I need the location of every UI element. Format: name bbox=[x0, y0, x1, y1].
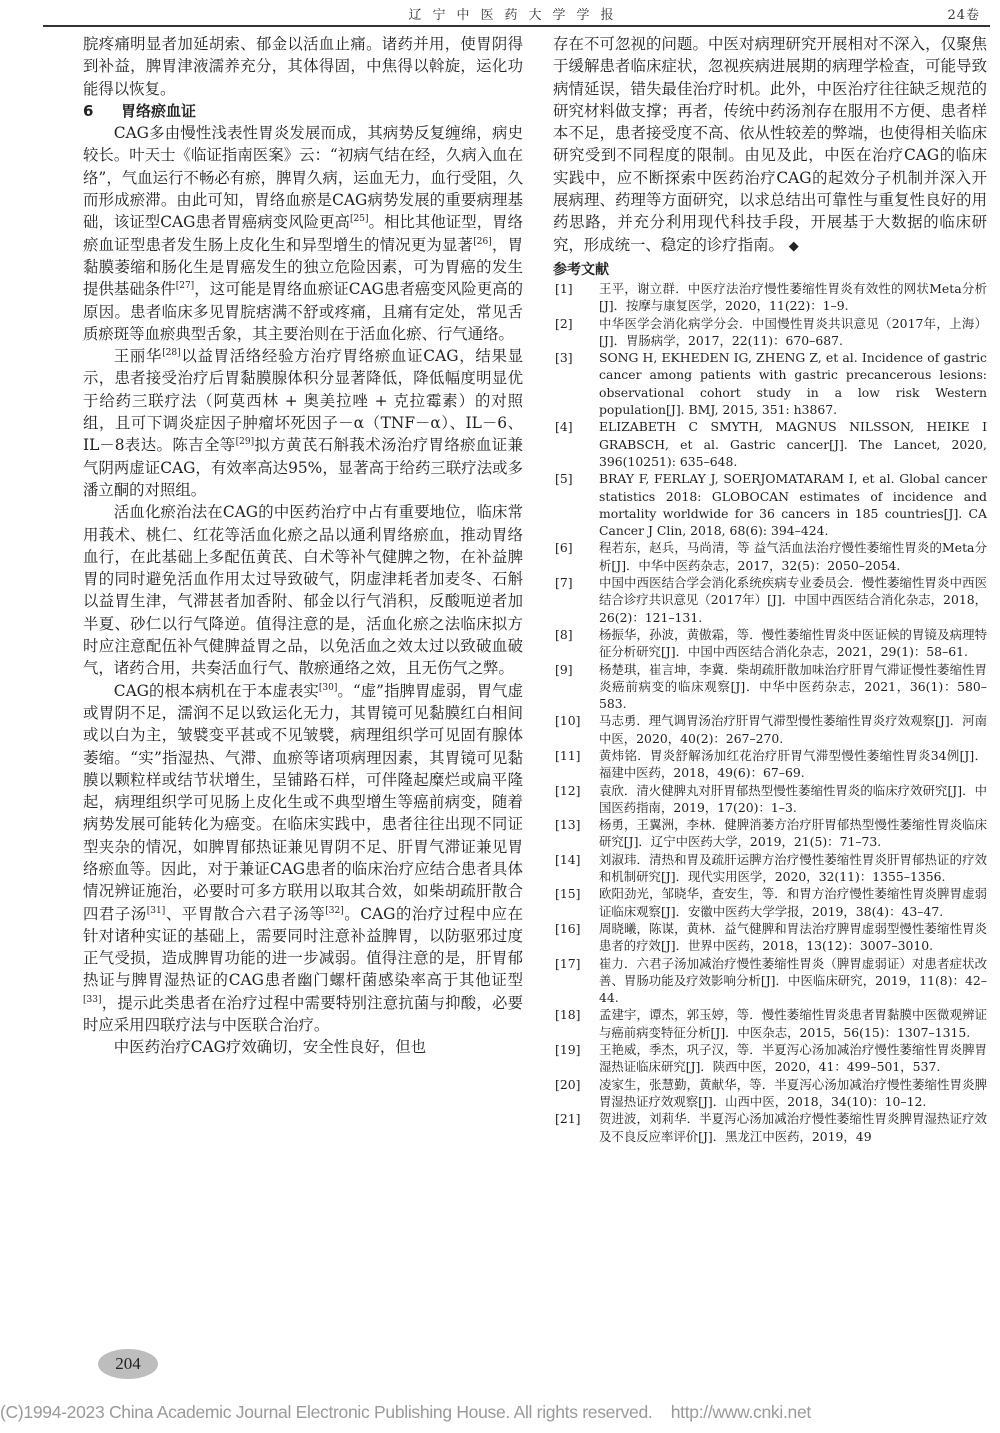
journal-name: 辽宁中医药大学学报 bbox=[43, 4, 990, 23]
reference-item: [18]孟建宇，谭杰，郭玉婷，等．慢性萎缩性胃炎患者胃黏膜中医微观辨证与癌前病变… bbox=[553, 1006, 987, 1041]
citation[interactable]: [29] bbox=[236, 437, 254, 447]
reference-item: [11]黄炜铭．胃炎舒解汤加红花治疗肝胃气滞型慢性萎缩性胃炎34例[J]．福建中… bbox=[553, 747, 987, 782]
citation[interactable]: [30] bbox=[319, 683, 337, 693]
reference-text: 贺进波，刘莉华．半夏泻心汤加减治疗慢性萎缩性胃炎脾胃湿热证疗效及不良反应率评价[… bbox=[599, 1111, 987, 1143]
reference-item: [19]王艳威，季杰，巩子汉，等．半夏泻心汤加减治疗慢性萎缩性胃炎脾胃湿热证临床… bbox=[553, 1041, 987, 1076]
reference-number: [3] bbox=[555, 349, 573, 366]
diamond-end-mark-icon: ◆ bbox=[789, 239, 799, 254]
reference-text: ELIZABETH C SMYTH, MAGNUS NILSSON, HEIKE… bbox=[599, 419, 987, 469]
paragraph: 中医药治疗CAG疗效确切，安全性良好，但也 bbox=[83, 1036, 523, 1058]
citation[interactable]: [32] bbox=[325, 906, 343, 916]
running-header: 辽宁中医药大学学报 24卷 bbox=[43, 0, 990, 27]
reference-item: [20]凌家生，张慧勤，黄献华，等．半夏泻心汤加减治疗慢性萎缩性胃炎脾胃湿热证疗… bbox=[553, 1076, 987, 1111]
reference-text: 王平，谢立群．中医疗法治疗慢性萎缩性胃炎有效性的网状Meta分析[J]．按摩与康… bbox=[599, 281, 987, 313]
citation[interactable]: [31] bbox=[147, 906, 165, 916]
reference-number: [10] bbox=[555, 712, 580, 729]
paragraph: CAG多由慢性浅表性胃炎发展而成，其病势反复缠绵，病史较长。叶天士《临证指南医案… bbox=[83, 122, 523, 345]
reference-number: [15] bbox=[555, 885, 580, 902]
reference-text: 刘淑玮．清热和胃及疏肝运脾方治疗慢性萎缩性胃炎肝胃郁热证的疗效和机制研究[J]．… bbox=[599, 852, 987, 884]
section-number: 6 bbox=[83, 100, 121, 122]
section-title: 胃络瘀血证 bbox=[121, 102, 196, 120]
reference-item: [21]贺进波，刘莉华．半夏泻心汤加减治疗慢性萎缩性胃炎脾胃湿热证疗效及不良反应… bbox=[553, 1110, 987, 1145]
right-column: 存在不可忽视的问题。中医对病理研究开展相对不深入，仅聚焦于缓解患者临床症状，忽视… bbox=[553, 33, 987, 1145]
reference-number: [4] bbox=[555, 418, 573, 435]
reference-text: 崔力．六君子汤加减治疗慢性萎缩性胃炎（脾胃虚弱证）对患者症状改善、胃肠功能及疗效… bbox=[599, 956, 987, 1006]
reference-number: [9] bbox=[555, 661, 573, 678]
reference-item: [4]ELIZABETH C SMYTH, MAGNUS NILSSON, HE… bbox=[553, 418, 987, 470]
reference-number: [16] bbox=[555, 920, 580, 937]
reference-number: [14] bbox=[555, 851, 580, 868]
reference-item: [10]马志勇．理气调胃汤治疗肝胃气滞型慢性萎缩性胃炎疗效观察[J]．河南中医，… bbox=[553, 712, 987, 747]
reference-item: [1]王平，谢立群．中医疗法治疗慢性萎缩性胃炎有效性的网状Meta分析[J]．按… bbox=[553, 280, 987, 315]
reference-number: [12] bbox=[555, 782, 580, 799]
reference-number: [7] bbox=[555, 574, 573, 591]
text-run: 王丽华 bbox=[114, 347, 162, 365]
reference-item: [5]BRAY F, FERLAY J, SOERJOMATARAM I, et… bbox=[553, 470, 987, 539]
copyright-notice: (C)1994-2023 China Academic Journal Elec… bbox=[0, 1402, 1000, 1423]
citation[interactable]: [26] bbox=[473, 237, 491, 247]
reference-item: [8]杨振华，孙波，黄傲霜，等．慢性萎缩性胃炎中医证候的胃镜及病理特征分析研究[… bbox=[553, 626, 987, 661]
reference-number: [6] bbox=[555, 539, 573, 556]
reference-text: 中华医学会消化病学分会．中国慢性胃炎共识意见（2017年，上海）[J]．胃肠病学… bbox=[599, 316, 987, 348]
reference-item: [15]欧阳劲光，邹晓华，查安生，等．和胃方治疗慢性萎缩性胃炎脾胃虚弱证临床观察… bbox=[553, 885, 987, 920]
reference-list: [1]王平，谢立群．中医疗法治疗慢性萎缩性胃炎有效性的网状Meta分析[J]．按… bbox=[553, 280, 987, 1145]
citation[interactable]: [25] bbox=[350, 214, 368, 224]
reference-item: [9]杨楚琪，崔言坤，李冀．柴胡疏肝散加味治疗肝胃气滞证慢性萎缩性胃炎癌前病变的… bbox=[553, 661, 987, 713]
paragraph: 活血化瘀治法在CAG的中医药治疗中占有重要地位，临床常用莪术、桃仁、红花等活血化… bbox=[83, 501, 523, 679]
references-heading: 参考文献 bbox=[553, 260, 987, 280]
text-run: 存在不可忽视的问题。中医对病理研究开展相对不深入，仅聚焦于缓解患者临床症状，忽视… bbox=[553, 35, 987, 254]
reference-item: [3]SONG H, EKHEDEN IG, ZHENG Z, et al. I… bbox=[553, 349, 987, 418]
reference-number: [21] bbox=[555, 1110, 580, 1127]
reference-number: [18] bbox=[555, 1006, 580, 1023]
volume-label: 24卷 bbox=[947, 4, 980, 23]
reference-item: [2]中华医学会消化病学分会．中国慢性胃炎共识意见（2017年，上海）[J]．胃… bbox=[553, 315, 987, 350]
reference-item: [7]中国中西医结合学会消化系统疾病专业委员会．慢性萎缩性胃炎中西医结合诊疗共识… bbox=[553, 574, 987, 626]
reference-number: [11] bbox=[555, 747, 580, 764]
text-run: CAG的根本病机在于本虚表实 bbox=[114, 682, 319, 700]
reference-text: 孟建宇，谭杰，郭玉婷，等．慢性萎缩性胃炎患者胃黏膜中医微观辨证与癌前病变特征分析… bbox=[599, 1007, 987, 1039]
reference-item: [13]杨勇，王翼洲，李林．健脾消萎方治疗肝胃郁热型慢性萎缩性胃炎临床研究[J]… bbox=[553, 816, 987, 851]
reference-text: 凌家生，张慧勤，黄献华，等．半夏泻心汤加减治疗慢性萎缩性胃炎脾胃湿热证疗效观察[… bbox=[599, 1077, 987, 1109]
reference-text: 杨振华，孙波，黄傲霜，等．慢性萎缩性胃炎中医证候的胃镜及病理特征分析研究[J]．… bbox=[599, 627, 987, 659]
reference-number: [1] bbox=[555, 280, 573, 297]
section-heading-6: 6胃络瘀血证 bbox=[83, 100, 523, 122]
reference-number: [13] bbox=[555, 816, 580, 833]
reference-number: [19] bbox=[555, 1041, 580, 1058]
citation[interactable]: [27] bbox=[176, 281, 194, 291]
reference-text: 周晓曦，陈谋，黄林．益气健脾和胃法治疗脾胃虚弱型慢性萎缩性胃炎患者的疗效[J]．… bbox=[599, 921, 987, 953]
text-run: ，提示此类患者在治疗过程中需要特别注意抗菌与抑酸，必要时应采用四联疗法与中医联合… bbox=[83, 994, 523, 1034]
text-run: 。“虚”指脾胃虚弱，胃气虚或胃阴不足，濡润不足以致运化无力，其胃镜可见黏膜红白相… bbox=[83, 682, 523, 923]
reference-text: 欧阳劲光，邹晓华，查安生，等．和胃方治疗慢性萎缩性胃炎脾胃虚弱证临床观察[J]．… bbox=[599, 886, 987, 918]
reference-text: 袁欣．清火健脾丸对肝胃郁热型慢性萎缩性胃炎的临床疗效研究[J]．中国医药指南，2… bbox=[599, 783, 987, 815]
reference-number: [2] bbox=[555, 315, 573, 332]
reference-number: [20] bbox=[555, 1076, 580, 1093]
text-run: 、平胃散合六君子汤等 bbox=[165, 905, 325, 923]
paragraph-continuation: 存在不可忽视的问题。中医对病理研究开展相对不深入，仅聚焦于缓解患者临床症状，忽视… bbox=[553, 33, 987, 258]
reference-item: [6]程若东，赵兵，马尚清，等 益气活血法治疗慢性萎缩性胃炎的Meta分析[J]… bbox=[553, 539, 987, 574]
page-number: 204 bbox=[98, 1349, 158, 1379]
reference-text: BRAY F, FERLAY J, SOERJOMATARAM I, et al… bbox=[599, 471, 987, 538]
reference-item: [16]周晓曦，陈谋，黄林．益气健脾和胃法治疗脾胃虚弱型慢性萎缩性胃炎患者的疗效… bbox=[553, 920, 987, 955]
reference-number: [5] bbox=[555, 470, 573, 487]
reference-item: [12]袁欣．清火健脾丸对肝胃郁热型慢性萎缩性胃炎的临床疗效研究[J]．中国医药… bbox=[553, 782, 987, 817]
paragraph: CAG的根本病机在于本虚表实[30]。“虚”指脾胃虚弱，胃气虚或胃阴不足，濡润不… bbox=[83, 680, 523, 1037]
reference-text: 马志勇．理气调胃汤治疗肝胃气滞型慢性萎缩性胃炎疗效观察[J]．河南中医，2020… bbox=[599, 713, 987, 745]
paragraph-continuation: 脘疼痛明显者加延胡索、郁金以活血止痛。诸药并用，使胃阴得到补益，脾胃津液濡养充分… bbox=[83, 33, 523, 100]
citation[interactable]: [33] bbox=[83, 995, 101, 1005]
reference-text: 王艳威，季杰，巩子汉，等．半夏泻心汤加减治疗慢性萎缩性胃炎脾胃湿热证临床研究[J… bbox=[599, 1042, 987, 1074]
reference-text: SONG H, EKHEDEN IG, ZHENG Z, et al. Inci… bbox=[599, 350, 987, 417]
citation[interactable]: [28] bbox=[162, 348, 180, 358]
left-column: 脘疼痛明显者加延胡索、郁金以活血止痛。诸药并用，使胃阴得到补益，脾胃津液濡养充分… bbox=[83, 33, 523, 1059]
reference-text: 杨楚琪，崔言坤，李冀．柴胡疏肝散加味治疗肝胃气滞证慢性萎缩性胃炎癌前病变的临床观… bbox=[599, 662, 987, 712]
reference-text: 程若东，赵兵，马尚清，等 益气活血法治疗慢性萎缩性胃炎的Meta分析[J]．中华… bbox=[599, 540, 987, 572]
reference-text: 中国中西医结合学会消化系统疾病专业委员会．慢性萎缩性胃炎中西医结合诊疗共识意见（… bbox=[599, 575, 987, 625]
paragraph: 王丽华[28]以益胃活络经验方治疗胃络瘀血证CAG，结果显示，患者接受治疗后胃黏… bbox=[83, 345, 523, 501]
reference-text: 杨勇，王翼洲，李林．健脾消萎方治疗肝胃郁热型慢性萎缩性胃炎临床研究[J]．辽宁中… bbox=[599, 817, 987, 849]
reference-number: [17] bbox=[555, 955, 580, 972]
reference-number: [8] bbox=[555, 626, 573, 643]
reference-item: [14]刘淑玮．清热和胃及疏肝运脾方治疗慢性萎缩性胃炎肝胃郁热证的疗效和机制研究… bbox=[553, 851, 987, 886]
reference-text: 黄炜铭．胃炎舒解汤加红花治疗肝胃气滞型慢性萎缩性胃炎34例[J]．福建中医药，2… bbox=[599, 748, 987, 780]
reference-item: [17]崔力．六君子汤加减治疗慢性萎缩性胃炎（脾胃虚弱证）对患者症状改善、胃肠功… bbox=[553, 955, 987, 1007]
